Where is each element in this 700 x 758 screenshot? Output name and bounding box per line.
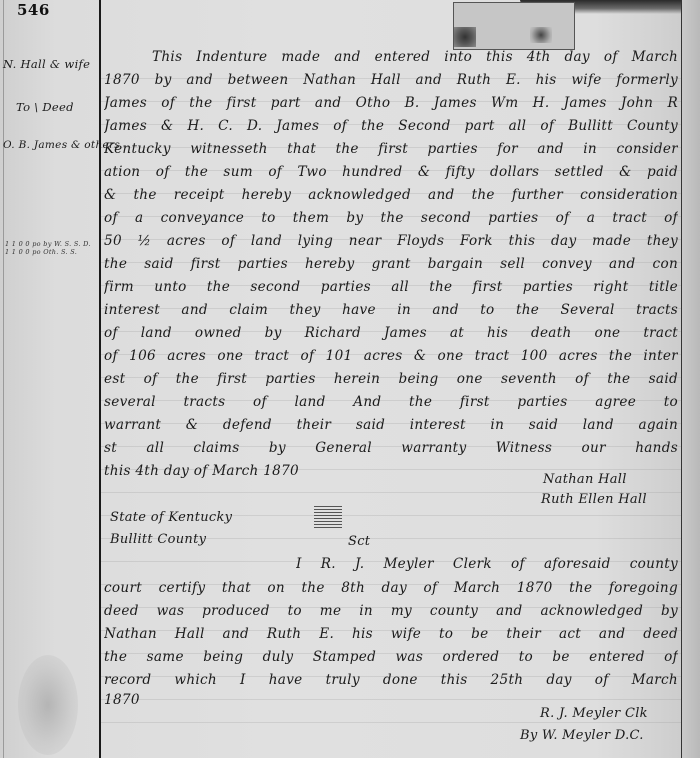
signature-clerk: R. J. Meyler Clk: [540, 706, 648, 721]
certificate-line: I R. J. Meyler Clerk of aforesaid county: [296, 556, 678, 572]
deed-line: 1870 by and between Nathan Hall and Ruth…: [104, 72, 678, 88]
deed-line: of 106 acres one tract of 101 acres & on…: [104, 348, 678, 364]
certificate-line: record which I have truly done this 25th…: [104, 672, 678, 688]
certificate-line: the same being duly Stamped was ordered …: [104, 649, 678, 665]
deed-line: & the receipt hereby acknowledged and th…: [104, 187, 678, 203]
deed-line: This Indenture made and entered into thi…: [152, 49, 678, 65]
page-right-edge: [682, 0, 700, 758]
deed-line: James of the first part and Otho B. Jame…: [104, 95, 678, 111]
certificate-line: deed was produced to me in my county and…: [104, 603, 678, 619]
right-margin-rule: [681, 0, 682, 758]
certificate-line: court certify that on the 8th day of Mar…: [104, 580, 678, 596]
deed-line: James & H. C. D. James of the Second par…: [104, 118, 678, 134]
deed-line: of land owned by Richard James at his de…: [104, 325, 678, 341]
signature-ruth-ellen-hall: Ruth Ellen Hall: [541, 492, 647, 507]
deed-line: est of the first parties herein being on…: [104, 371, 678, 387]
stamp-seal-mark: [314, 504, 342, 538]
deed-line: firm unto the second parties all the fir…: [104, 279, 678, 295]
deed-line: of a conveyance to them by the second pa…: [104, 210, 678, 226]
signature-nathan-hall: Nathan Hall: [543, 472, 627, 487]
certificate-line: Nathan Hall and Ruth E. his wife to be t…: [104, 626, 678, 642]
deed-line: warrant & defend their said interest in …: [104, 417, 678, 433]
certificate-sct: Sct: [348, 534, 370, 549]
deed-line: several tracts of land And the first par…: [104, 394, 678, 410]
certificate-line: 1870: [104, 692, 164, 708]
margin-stamp-line-1: 1 1 0 0 po by W. S. S. D.: [5, 240, 91, 248]
deed-line: the said first parties hereby grant barg…: [104, 256, 678, 272]
patch-ink-blot: [530, 27, 552, 43]
ledger-page: 546 N. Hall & wife To \ Deed O. B. James…: [0, 0, 700, 758]
margin-rule: [99, 0, 101, 758]
deed-line: this 4th day of March 1870: [104, 463, 424, 479]
certificate-county: Bullitt County: [110, 532, 206, 547]
deed-line: st all claims by General warranty Witnes…: [104, 440, 678, 456]
margin-stamp-line-2: 1 1 0 0 po Oth. S. S.: [5, 248, 91, 256]
margin-note-deed: To \ Deed: [16, 100, 74, 114]
deed-line: 50 ½ acres of land lying near Floyds For…: [104, 233, 678, 249]
deed-line: ation of the sum of Two hundred & fifty …: [104, 164, 678, 180]
deed-line: Kentucky witnesseth that the first parti…: [104, 141, 678, 157]
margin-stamp-note: 1 1 0 0 po by W. S. S. D. 1 1 0 0 po Oth…: [5, 240, 91, 256]
margin-note-grantor: N. Hall & wife: [3, 57, 90, 71]
ruled-line: [100, 722, 682, 723]
deed-line: interest and claim they have in and to t…: [104, 302, 678, 318]
ruled-line: [100, 699, 682, 700]
left-edge-line: [3, 0, 4, 758]
patch-dark-spot: [454, 27, 476, 47]
water-stain: [18, 655, 78, 755]
page-number: 546: [17, 1, 50, 19]
margin-note-grantee: O. B. James & others: [3, 139, 120, 151]
certificate-state: State of Kentucky: [110, 510, 232, 525]
repair-patch: [453, 2, 575, 50]
signature-deputy-clerk: By W. Meyler D.C.: [520, 728, 644, 743]
